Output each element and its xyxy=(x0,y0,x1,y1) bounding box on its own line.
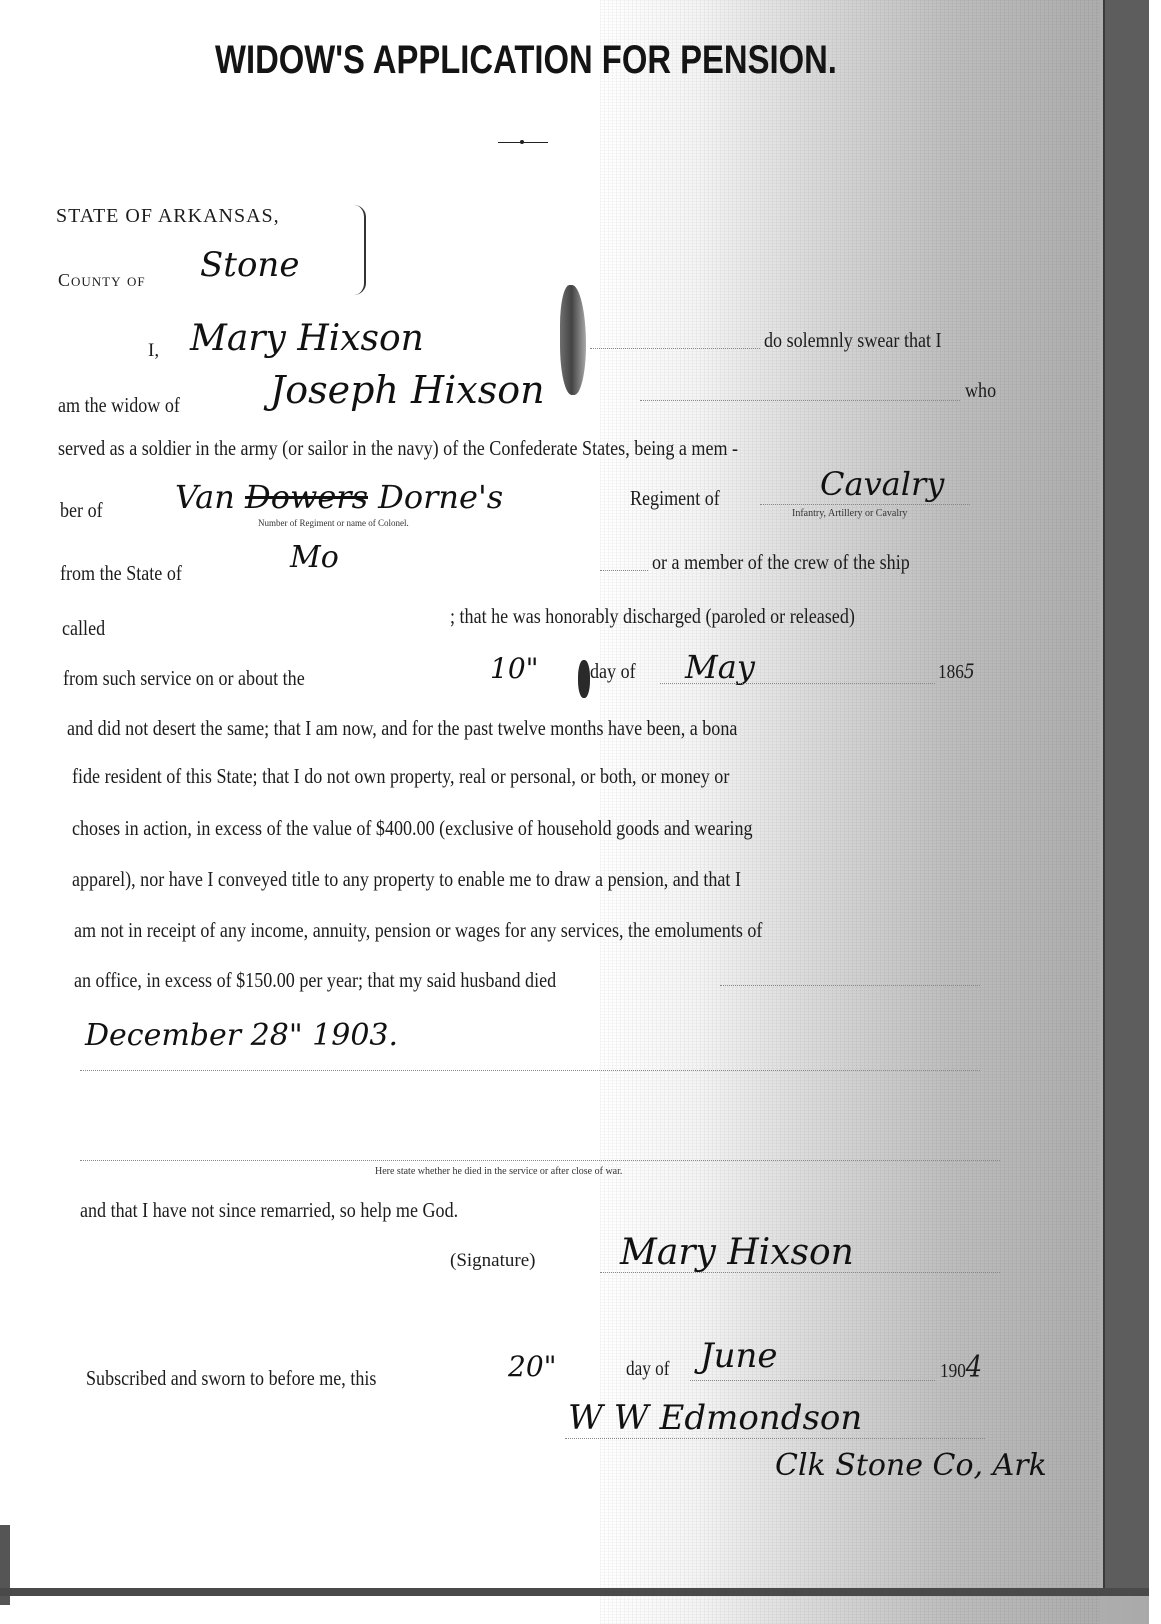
branch-line xyxy=(760,504,970,505)
crew-text: or a member of the crew of the ship xyxy=(652,550,910,575)
state-from-value: Mo xyxy=(290,540,339,575)
discharge-year-suffix: 5 xyxy=(964,659,975,683)
widow-of-label: am the widow of xyxy=(58,393,180,418)
discharge-year-prefix: 186 xyxy=(938,661,964,683)
death-line-3 xyxy=(80,1160,1000,1161)
jurat-day: 20" xyxy=(508,1350,557,1383)
discharged-text: ; that he was honorably discharged (paro… xyxy=(450,604,855,629)
state-from-label: from the State of xyxy=(60,561,182,586)
ornament-rule xyxy=(498,142,548,143)
applicant-signature: Mary Hixson xyxy=(620,1232,854,1273)
jurat-year: 1904 xyxy=(940,1350,982,1385)
para-line-3: choses in action, in excess of the value… xyxy=(72,816,753,841)
regiment-value-pre: Van xyxy=(175,478,235,516)
scan-margin xyxy=(1149,0,1161,1624)
called-label: called xyxy=(62,616,105,641)
who-text: who xyxy=(965,378,996,403)
official-signature: W W Edmondson xyxy=(568,1398,862,1438)
discharge-day: 10" xyxy=(490,652,539,685)
jurat-year-suffix: 4 xyxy=(966,1350,982,1385)
regiment-value-struck: Dowers xyxy=(245,478,368,516)
swear-text: do solemnly swear that I xyxy=(764,328,942,353)
applicant-name-line xyxy=(590,348,760,349)
official-title: Clk Stone Co, Ark xyxy=(775,1448,1047,1483)
discharge-year: 1865 xyxy=(938,659,975,684)
death-line-1 xyxy=(720,985,980,986)
para-line-2: fide resident of this State; that I do n… xyxy=(72,764,729,789)
served-text: served as a soldier in the army (or sail… xyxy=(58,436,738,461)
regiment-caption: Number of Regiment or name of Colonel. xyxy=(258,518,409,528)
oath-intro: I, xyxy=(148,340,159,362)
document-title: WIDOW'S APPLICATION FOR PENSION. xyxy=(215,38,740,83)
para-line-5: am not in receipt of any income, annuity… xyxy=(74,918,762,943)
regiment-value: Van Dowers Dorne's xyxy=(175,478,503,516)
para-line-1: and did not desert the same; that I am n… xyxy=(67,716,737,741)
signature-line xyxy=(600,1272,1000,1273)
discharge-line xyxy=(660,683,935,684)
jurat-year-prefix: 190 xyxy=(940,1360,966,1382)
husband-name-line xyxy=(640,400,960,401)
document-page: WIDOW'S APPLICATION FOR PENSION. STATE O… xyxy=(0,0,1161,1624)
county-label: County of xyxy=(58,270,146,291)
state-from-line xyxy=(600,570,648,571)
signature-label: (Signature) xyxy=(450,1250,535,1272)
death-line-2 xyxy=(80,1070,980,1071)
para-line-4: apparel), nor have I conveyed title to a… xyxy=(72,867,741,892)
scan-edge-bottom xyxy=(0,1588,1149,1596)
jurat-text: Subscribed and sworn to before me, this xyxy=(86,1366,376,1391)
day-of-label: day of xyxy=(590,659,636,684)
regiment-value-post: Dorne's xyxy=(378,478,503,516)
discharge-month: May xyxy=(685,648,755,686)
paper-crease-stain xyxy=(560,285,586,395)
jurat-day-of-label: day of xyxy=(626,1358,669,1381)
applicant-name: Mary Hixson xyxy=(190,318,424,359)
county-value: Stone xyxy=(200,245,299,285)
branch-value: Cavalry xyxy=(820,465,944,503)
service-end-label: from such service on or about the xyxy=(63,666,305,691)
scan-edge-shadow xyxy=(1103,0,1151,1590)
venue-brace xyxy=(350,205,366,295)
para-line-6: an office, in excess of $150.00 per year… xyxy=(74,968,556,993)
ink-blot xyxy=(578,660,590,698)
regiment-of-label: Regiment of xyxy=(630,486,720,511)
closing-text: and that I have not since remarried, so … xyxy=(80,1198,458,1223)
official-signature-line xyxy=(565,1438,985,1439)
husband-name: Joseph Hixson xyxy=(270,368,545,412)
branch-caption: Infantry, Artillery or Cavalry xyxy=(792,508,907,519)
death-caption: Here state whether he died in the servic… xyxy=(375,1166,622,1177)
member-of-label: ber of xyxy=(60,498,103,523)
jurat-date-line xyxy=(690,1380,935,1381)
state-label: STATE OF ARKANSAS, xyxy=(56,205,280,228)
jurat-month: June xyxy=(700,1336,778,1376)
death-date: December 28" 1903. xyxy=(85,1018,398,1053)
